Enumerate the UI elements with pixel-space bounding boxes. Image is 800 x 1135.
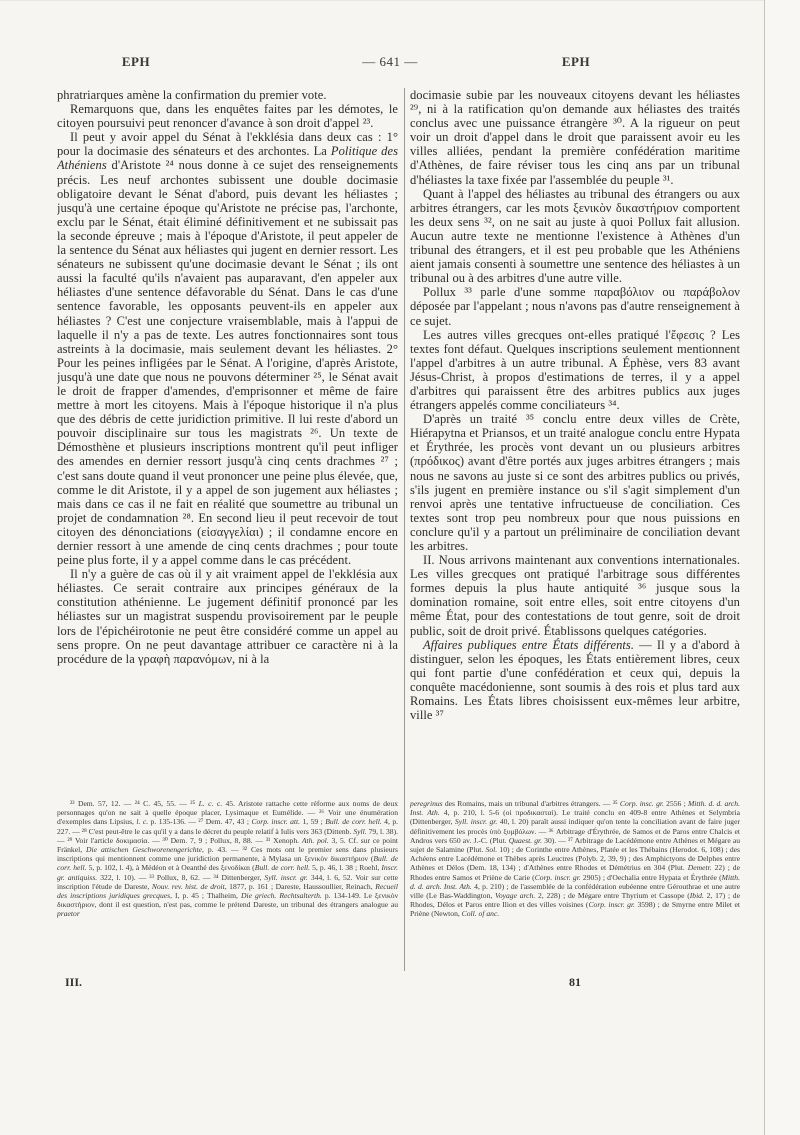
paragraph: phratriarques amène la confirmation du p… [57, 88, 398, 102]
paragraph: peregrinus des Romains, mais un tribunal… [410, 799, 740, 919]
italic-text-segment: Quaest. gr. [509, 836, 542, 845]
italic-text-segment: Bull. de corr. hell. [255, 863, 310, 872]
italic-text-segment: Corp. insc. gr. [620, 799, 664, 808]
text-segment: d'Aristote ²⁴ nous donne à ce sujet des … [57, 158, 398, 567]
italic-text-segment: Ibid. [690, 891, 704, 900]
text-segment: II. Nous arrivons maintenant aux convent… [410, 553, 740, 637]
italic-text-segment: peregrinus [410, 799, 443, 808]
italic-text-segment: Affaires publiques entre États différent… [423, 638, 634, 652]
column-divider-rule [404, 88, 405, 971]
italic-text-segment: Bull. de corr. hell. [325, 817, 382, 826]
paragraph: Affaires publiques entre États différent… [410, 638, 740, 723]
paragraph: docimasie subie par les nouveaux citoyen… [410, 88, 740, 187]
left-column-body-text: phratriarques amène la confirmation du p… [57, 88, 398, 791]
header-keyword-right: EPH [562, 54, 590, 70]
text-segment: 322, l. 10). — ³³ Pollux, 8, 62. — ³⁴ Di… [97, 873, 264, 882]
book-page: EPH — 641 — EPH phratriarques amène la c… [57, 54, 741, 995]
italic-text-segment: praetor [57, 909, 80, 918]
text-segment: Pollux ³³ parle d'une somme παραβόλιον o… [410, 285, 740, 327]
italic-text-segment: Demetr. [688, 863, 712, 872]
right-column-footnotes: peregrinus des Romains, mais un tribunal… [410, 799, 740, 971]
text-segment: 1, 59 ; [300, 817, 325, 826]
paragraph: Il peut y avoir appel du Sénat à l'ekklé… [57, 130, 398, 567]
left-column: phratriarques amène la confirmation du p… [57, 88, 398, 971]
text-segment: I, p. 45 ; Thalheim, [172, 891, 241, 900]
italic-text-segment: Nouv. rev. hist. de droit, [152, 882, 227, 891]
text-segment: Remarquons que, dans les enquêtes faites… [57, 102, 398, 130]
text-segment: des Romains, mais un tribunal d'arbitres… [443, 799, 620, 808]
scanned-book-page: { "colors": { "paper": "#f6f5f2", "ink":… [0, 0, 800, 1135]
text-segment: Les autres villes grecques ont-elles pra… [410, 328, 740, 412]
right-column-body-text: docimasie subie par les nouveaux citoyen… [410, 88, 740, 791]
right-column: docimasie subie par les nouveaux citoyen… [410, 88, 740, 971]
italic-text-segment: l. c. [136, 817, 148, 826]
italic-text-segment: Coll. of anc. [462, 909, 500, 918]
paragraph: II. Nous arrivons maintenant aux convent… [410, 553, 740, 638]
text-segment: Quant à l'appel des héliastes au tribuna… [410, 187, 740, 286]
header-keyword-left: EPH [122, 54, 150, 70]
page-edge-strip [765, 0, 800, 1135]
paragraph: Pollux ³³ parle d'une somme παραβόλιον o… [410, 285, 740, 327]
text-segment: 2556 ; [664, 799, 688, 808]
italic-text-segment: Corp. inscr. att. [251, 817, 300, 826]
italic-text-segment: Corp. inscr. gr. [588, 900, 635, 909]
text-segment: 2905) ; d'Oechalia entre Hypata et Éryth… [581, 873, 722, 882]
running-header: EPH — 641 — EPH [57, 54, 741, 76]
paragraph: Remarquons que, dans les enquêtes faites… [57, 102, 398, 130]
paragraph: Les autres villes grecques ont-elles pra… [410, 328, 740, 413]
text-segment: 2, 228) ; de Mégare entre Thyrium et Cas… [535, 891, 690, 900]
text-segment: phratriarques amène la confirmation du p… [57, 88, 327, 102]
italic-text-segment: Syll. [353, 827, 366, 836]
paragraph: Il n'y a guère de cas où il y ait vraime… [57, 567, 398, 666]
text-segment: D'après un traité ³⁵ conclu entre deux v… [410, 412, 740, 553]
text-segment: 5, p. 46, l. 38 ; Roehl, [310, 863, 381, 872]
paragraph: ²³ Dem. 57, 12. — ²⁴ C. 45, 55. — ²⁵ L. … [57, 799, 398, 919]
italic-text-segment: Die attischen Geschworenengerichte, [86, 845, 204, 854]
text-segment: 1877, p. 161 ; Dareste, Haussoullier, Re… [227, 882, 376, 891]
text-segment: docimasie subie par les nouveaux citoyen… [410, 88, 740, 187]
paragraph: Quant à l'appel des héliastes au tribuna… [410, 187, 740, 286]
two-column-layout: phratriarques amène la confirmation du p… [57, 88, 741, 971]
italic-text-segment: Corp. inscr. gr. [535, 873, 581, 882]
text-segment: Il n'y a guère de cas où il y ait vraime… [57, 567, 398, 666]
italic-text-segment: Die griech. Rechtsalterth. [241, 891, 322, 900]
italic-text-segment: Syll. inscr. gr. [264, 873, 307, 882]
text-segment: 5, p. 102, l. 4), à Médéon et à Oeanthé … [87, 863, 255, 872]
italic-text-segment: Syll. inscr. gr. [455, 817, 497, 826]
italic-text-segment: L. c. [199, 799, 214, 808]
sheet-signature: 81 [569, 975, 581, 990]
italic-text-segment: Sol. [486, 845, 498, 854]
left-column-footnotes: ²³ Dem. 57, 12. — ²⁴ C. 45, 55. — ²⁵ L. … [57, 799, 398, 971]
scan-top-edge [0, 0, 800, 1]
volume-signature: III. [65, 975, 82, 990]
page-footer: III. 81 [57, 975, 741, 995]
italic-text-segment: Voyage arch. [495, 891, 535, 900]
text-segment: p. 135-136. — ²⁷ Dem. 47, 43 ; [148, 817, 251, 826]
italic-text-segment: Ath. pol. [302, 836, 329, 845]
text-segment: ²³ Dem. 57, 12. — ²⁴ C. 45, 55. — ²⁵ [70, 799, 199, 808]
paragraph: D'après un traité ³⁵ conclu entre deux v… [410, 412, 740, 553]
header-page-number: — 641 — [362, 54, 418, 70]
